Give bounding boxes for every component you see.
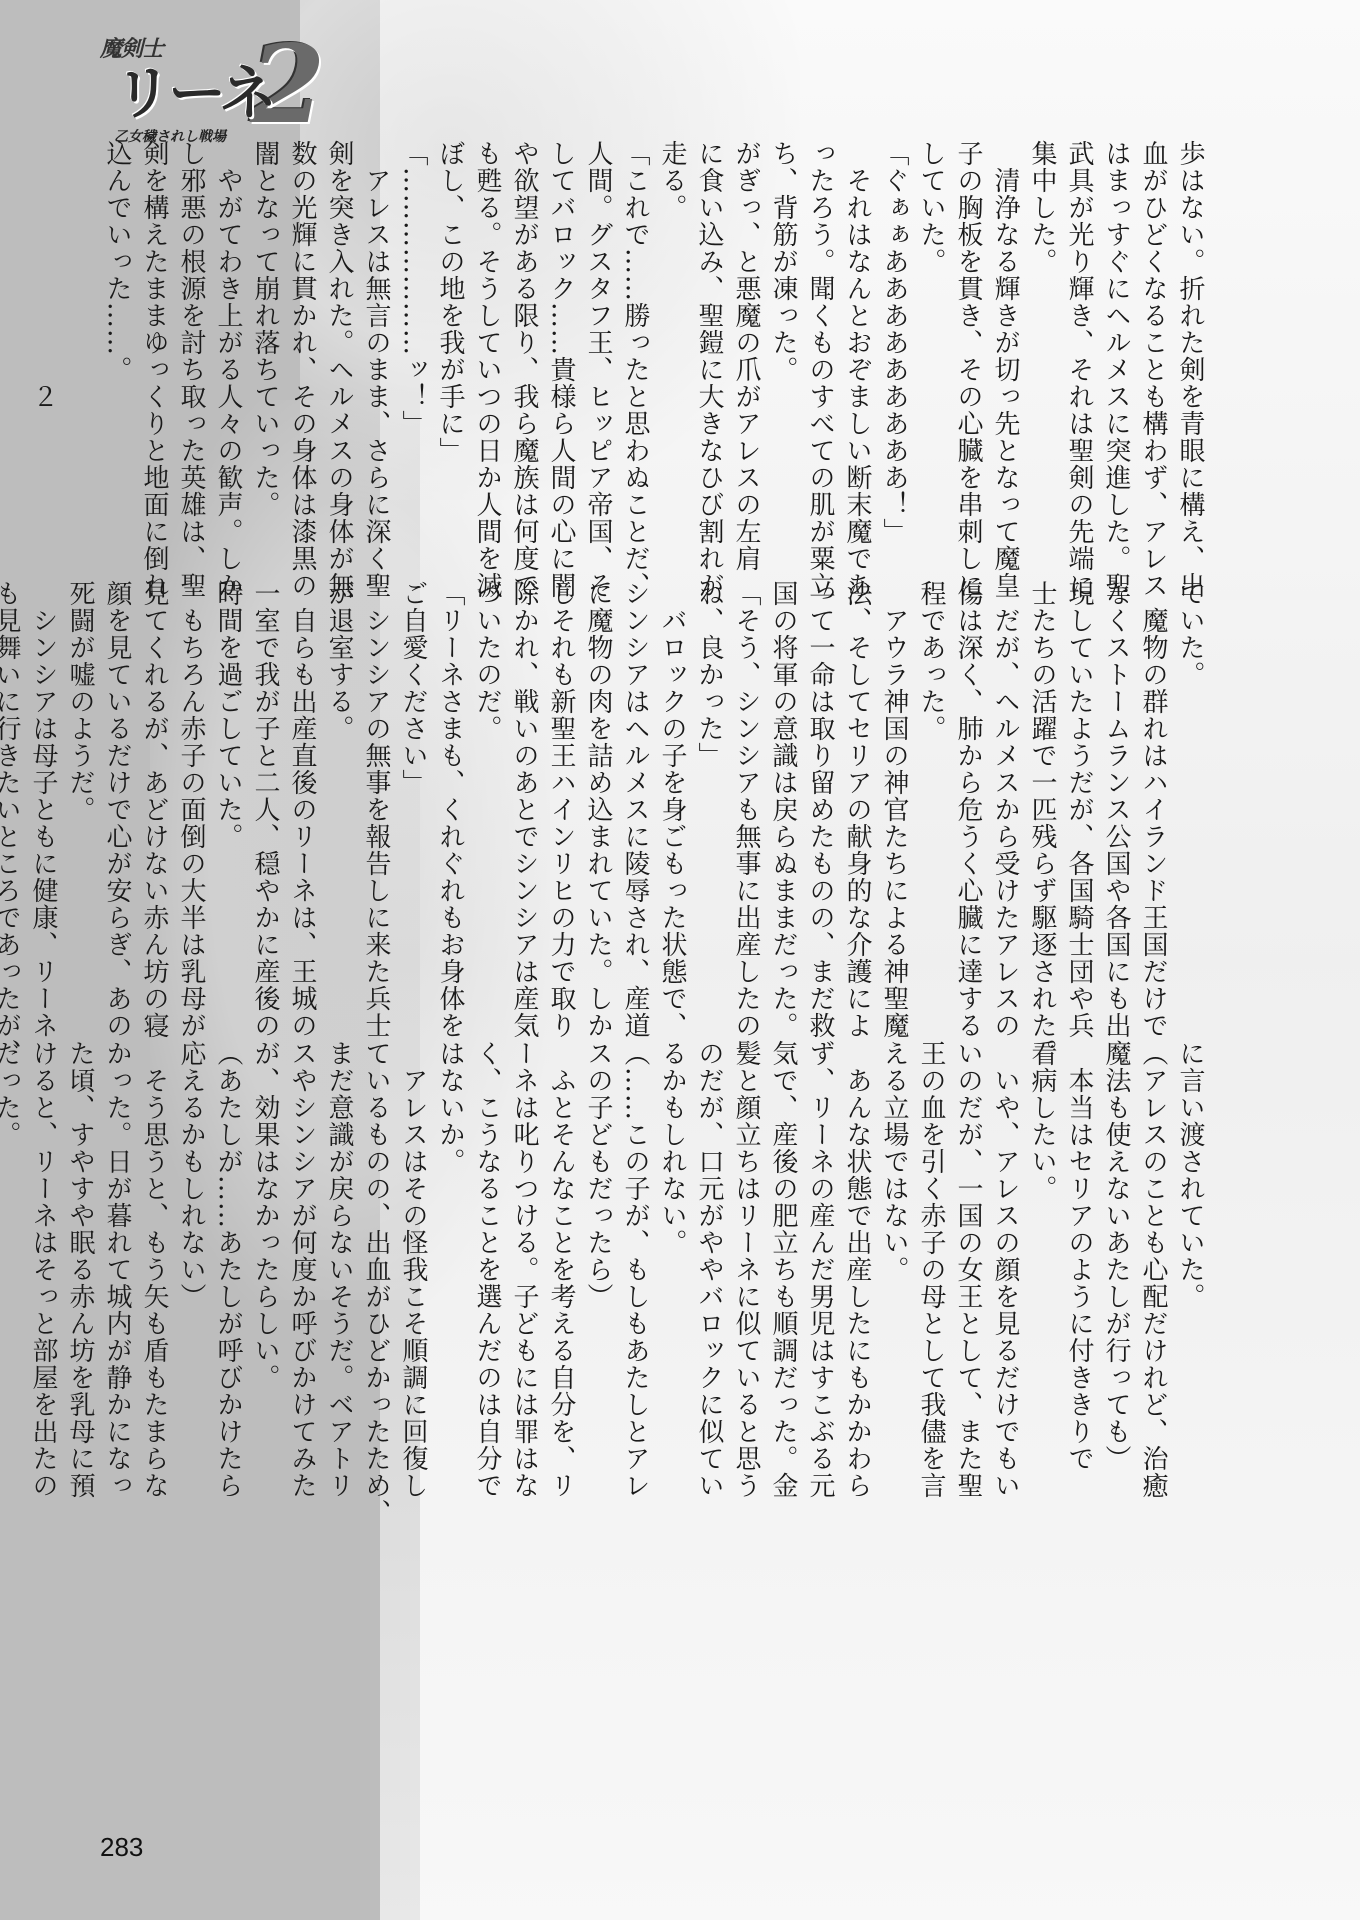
text-line: もちろん赤子の面倒の大半は乳母が [172,580,209,1020]
text-line: 程であった。 [912,580,949,1020]
text-line: 剣を構えたままゆっくりと地面に倒れ [135,140,172,580]
text-line: のだが、口元がややバロックに似てい [690,1040,727,1510]
text-line [0,140,24,580]
text-line: ふとそんなことを考える自分を、リ [542,1040,579,1510]
text-line: 除かれ、戦いのあとでシンシアは産気 [505,580,542,1020]
text-line: 髪と顔立ちはリーネに似ていると思う [727,1040,764,1510]
text-line: 時間を過ごしていた。 [209,580,246,1020]
text-line: やがてわき上がる人々の歓声。しか [209,140,246,580]
text-line: 歩はない。折れた剣を青眼に構え、出 [1171,140,1208,580]
text-block-bottom: に言い渡されていた。（アレスのことも心配だけれど、治癒魔法も使えないあたしが行っ… [118,1040,1208,1510]
text-line: なくストームランス公国や各国にも出 [1097,580,1134,1020]
text-line: 一室で我が子と二人、穏やかに産後の [246,580,283,1020]
logo-title: リーネ [114,46,273,130]
text-line: 清浄なる輝きが切っ先となって魔皇 [986,140,1023,580]
text-line: そう思うと、もう矢も盾もたまらな [135,1040,172,1510]
text-line: 「リーネさまも、くれぐれもお身体を [431,580,468,1020]
text-line: （アレスのことも心配だけれど、治癒 [1134,1040,1171,1510]
text-line: （あたしが……あたしが呼びかけたら [209,1040,246,1510]
text-line: 本当はセリアのように付ききりで [1060,1040,1097,1510]
text-line: 気で、産後の肥立ちも順調だった。金 [764,1040,801,1510]
text-line: ご自愛ください」 [394,580,431,1020]
text-line: スの子どもだったら） [579,1040,616,1510]
text-line: けると、リーネはそっと部屋を出たの [24,1040,61,1510]
text-line: はないか。 [431,1040,468,1510]
text-line: 人間。グスタフ王、ヒッピア帝国、そ [579,140,616,580]
text-line: ったろう。聞くものすべての肌が粟立 [801,140,838,580]
text-line: 武具が光り輝き、それは聖剣の先端に [1060,140,1097,580]
text-line: 現していたようだが、各国騎士団や兵 [1060,580,1097,1020]
text-line: かった。日が暮れて城内が静かになっ [98,1040,135,1510]
text-line: 魔物の群れはハイランド王国だけで [1134,580,1171,1020]
text-line: 「そう、シンシアも無事に出産したの [727,580,764,1020]
text-line: 闇となって崩れ落ちていった。 [246,140,283,580]
text-line [61,140,98,580]
text-line: してバロック……貴様ら人間の心に闇 [542,140,579,580]
text-line: 魔法も使えないあたしが行っても） [1097,1040,1134,1510]
text-line: それはなんとおぞましい断末魔であ [838,140,875,580]
text-line: 見てくれるが、あどけない赤ん坊の寝 [135,580,172,1020]
text-line: いや、アレスの顔を見るだけでもい [986,1040,1023,1510]
text-line: だった。 [0,1040,24,1510]
text-line: していた。 [912,140,949,580]
text-line: に言い渡されていた。 [1171,1040,1208,1510]
text-line: がぎっ、と悪魔の爪がアレスの左肩 [727,140,764,580]
text-line: 「…………………ッ！」 [394,140,431,580]
text-line: ていた。 [1171,580,1208,1020]
text-line: シンシアはヘルメスに陵辱され、産道 [616,580,653,1020]
text-line: も甦る。そうしていつの日か人間を滅 [468,140,505,580]
text-line: しそれも新聖王ハインリヒの力で取り [542,580,579,1020]
text-line: ーネは叱りつける。子どもには罪はな [505,1040,542,1510]
text-line: く、こうなることを選んだのは自分で [468,1040,505,1510]
text-line: 死闘が嘘のようだ。 [61,580,98,1020]
text-line: だが、ヘルメスから受けたアレスの [986,580,1023,1020]
text-line: 顔を見ているだけで心が安らぎ、あの [98,580,135,1020]
text-line: いのだが、一国の女王として、また聖 [949,1040,986,1510]
text-line: が、効果はなかったらしい。 [246,1040,283,1510]
text-line: 集中した。 [1023,140,1060,580]
text-line: 剣を突き入れた。ヘルメスの身体が無 [320,140,357,580]
text-line: はまっすぐにヘルメスに突進した。聖 [1097,140,1134,580]
text-line: アレスはその怪我こそ順調に回復し [394,1040,431,1510]
text-line: 傷は深く、肺から危うく心臓に達する [949,580,986,1020]
text-line: 国の将軍の意識は戻らぬままだった。 [764,580,801,1020]
text-line: 「これで……勝ったと思わぬことだ、 [616,140,653,580]
text-line: ２ [24,140,61,580]
text-line: 子の胸板を貫き、その心臓を串刺しに [949,140,986,580]
text-line: 「ぐぁぁあああああああああ！」 [875,140,912,580]
text-line: 士たちの活躍で一匹残らず駆逐された。 [1023,580,1060,1020]
text-block-middle: ていた。 魔物の群れはハイランド王国だけでなくストームランス公国や各国にも出現し… [118,580,1208,1020]
text-line: た頃、すやすや眠る赤ん坊を乳母に預 [61,1040,98,1510]
text-line: ね、良かった」 [690,580,727,1020]
text-line: って一命は取り留めたものの、まだ救 [801,580,838,1020]
text-line: に魔物の肉を詰め込まれていた。しか [579,580,616,1020]
text-line: える立場ではない。 [875,1040,912,1510]
text-line: アウラ神国の神官たちによる神聖魔 [875,580,912,1020]
text-line: に食い込み、聖鎧に大きなひび割れが [690,140,727,580]
text-line: るかもしれない。 [653,1040,690,1510]
text-block-top: 歩はない。折れた剣を青眼に構え、出血がひどくなることも構わず、アレスはまっすぐに… [118,140,1208,580]
text-line: し邪悪の根源を討ち取った英雄は、聖 [172,140,209,580]
text-line: （……この子が、もしもあたしとアレ [616,1040,653,1510]
text-line: や欲望がある限り、我ら魔族は何度で [505,140,542,580]
text-line: づいたのだ。 [468,580,505,1020]
book-logo: 2 魔剣士 リーネ 乙女穢されし戦場 [100,28,350,148]
text-line: ているものの、出血がひどかったため、 [357,1040,394,1510]
page-number: 283 [100,1832,143,1863]
text-line: あんな状態で出産したにもかかわら [838,1040,875,1510]
text-line: アレスは無言のまま、さらに深く聖 [357,140,394,580]
text-line: 王の血を引く赤子の母として我儘を言 [912,1040,949,1510]
text-line: まだ意識が戻らないそうだ。ベアトリ [320,1040,357,1510]
text-line: ず、リーネの産んだ男児はすこぶる元 [801,1040,838,1510]
text-line: シンシアは母子ともに健康、リーネ [24,580,61,1020]
text-line: 数の光輝に貫かれ、その身体は漆黒の [283,140,320,580]
text-line: 自らも出産直後のリーネは、王城の [283,580,320,1020]
text-line: 看病したい。 [1023,1040,1060,1510]
text-line: も見舞いに行きたいところであったが、 [0,580,24,1020]
text-line: シンシアの無事を報告しに来た兵士 [357,580,394,1020]
text-line: 込んでいった……。 [98,140,135,580]
text-line: スやシンシアが何度か呼びかけてみた [283,1040,320,1510]
text-line: 法、そしてセリアの献身的な介護によ [838,580,875,1020]
text-line: 走る。 [653,140,690,580]
text-line: 血がひどくなることも構わず、アレス [1134,140,1171,580]
text-line: バロックの子を身ごもった状態で、 [653,580,690,1020]
text-line: ち、背筋が凍った。 [764,140,801,580]
text-line: が退室する。 [320,580,357,1020]
text-line: 応えるかもしれない） [172,1040,209,1510]
text-line: ぼし、この地を我が手に」 [431,140,468,580]
